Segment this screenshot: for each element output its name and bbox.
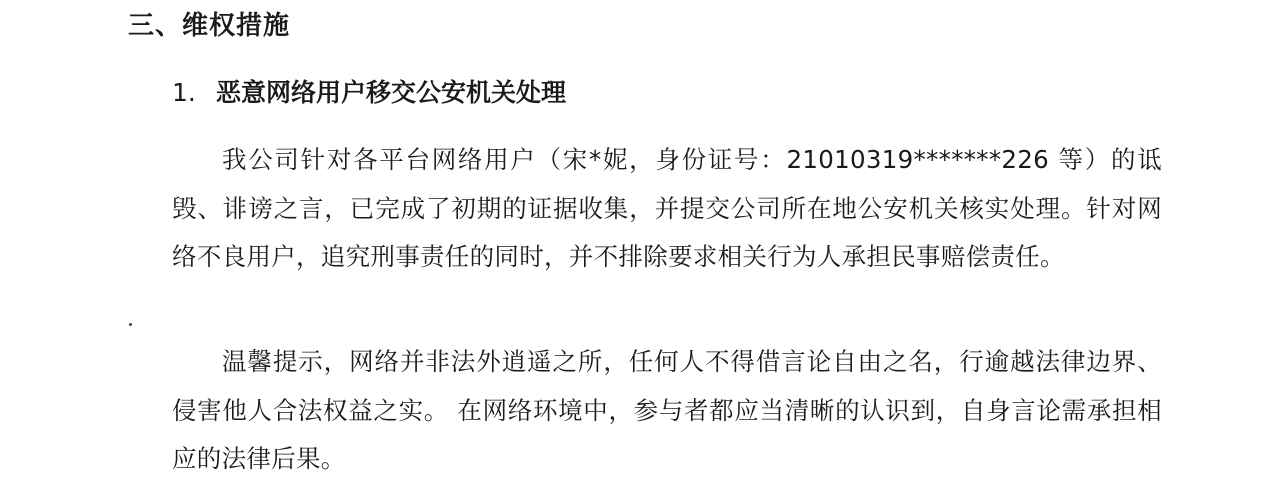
- sub-heading: 1.恶意网络用户移交公安机关处理: [172, 73, 566, 113]
- sub-heading-number: 1.: [172, 73, 216, 113]
- paragraph-warning-notice: 温馨提示，网络并非法外逍遥之所，任何人不得借言论自由之名，行逾越法律边界、侵害他…: [172, 338, 1162, 484]
- sub-heading-title: 恶意网络用户移交公安机关处理: [216, 78, 566, 107]
- section-heading: 三、维权措施: [128, 6, 290, 46]
- document-page: 三、维权措施 1.恶意网络用户移交公安机关处理 我公司针对各平台网络用户（宋*妮…: [0, 0, 1280, 491]
- scan-speck: [129, 323, 132, 326]
- paragraph-evidence-submission: 我公司针对各平台网络用户（宋*妮，身份证号：21010319*******226…: [172, 136, 1162, 282]
